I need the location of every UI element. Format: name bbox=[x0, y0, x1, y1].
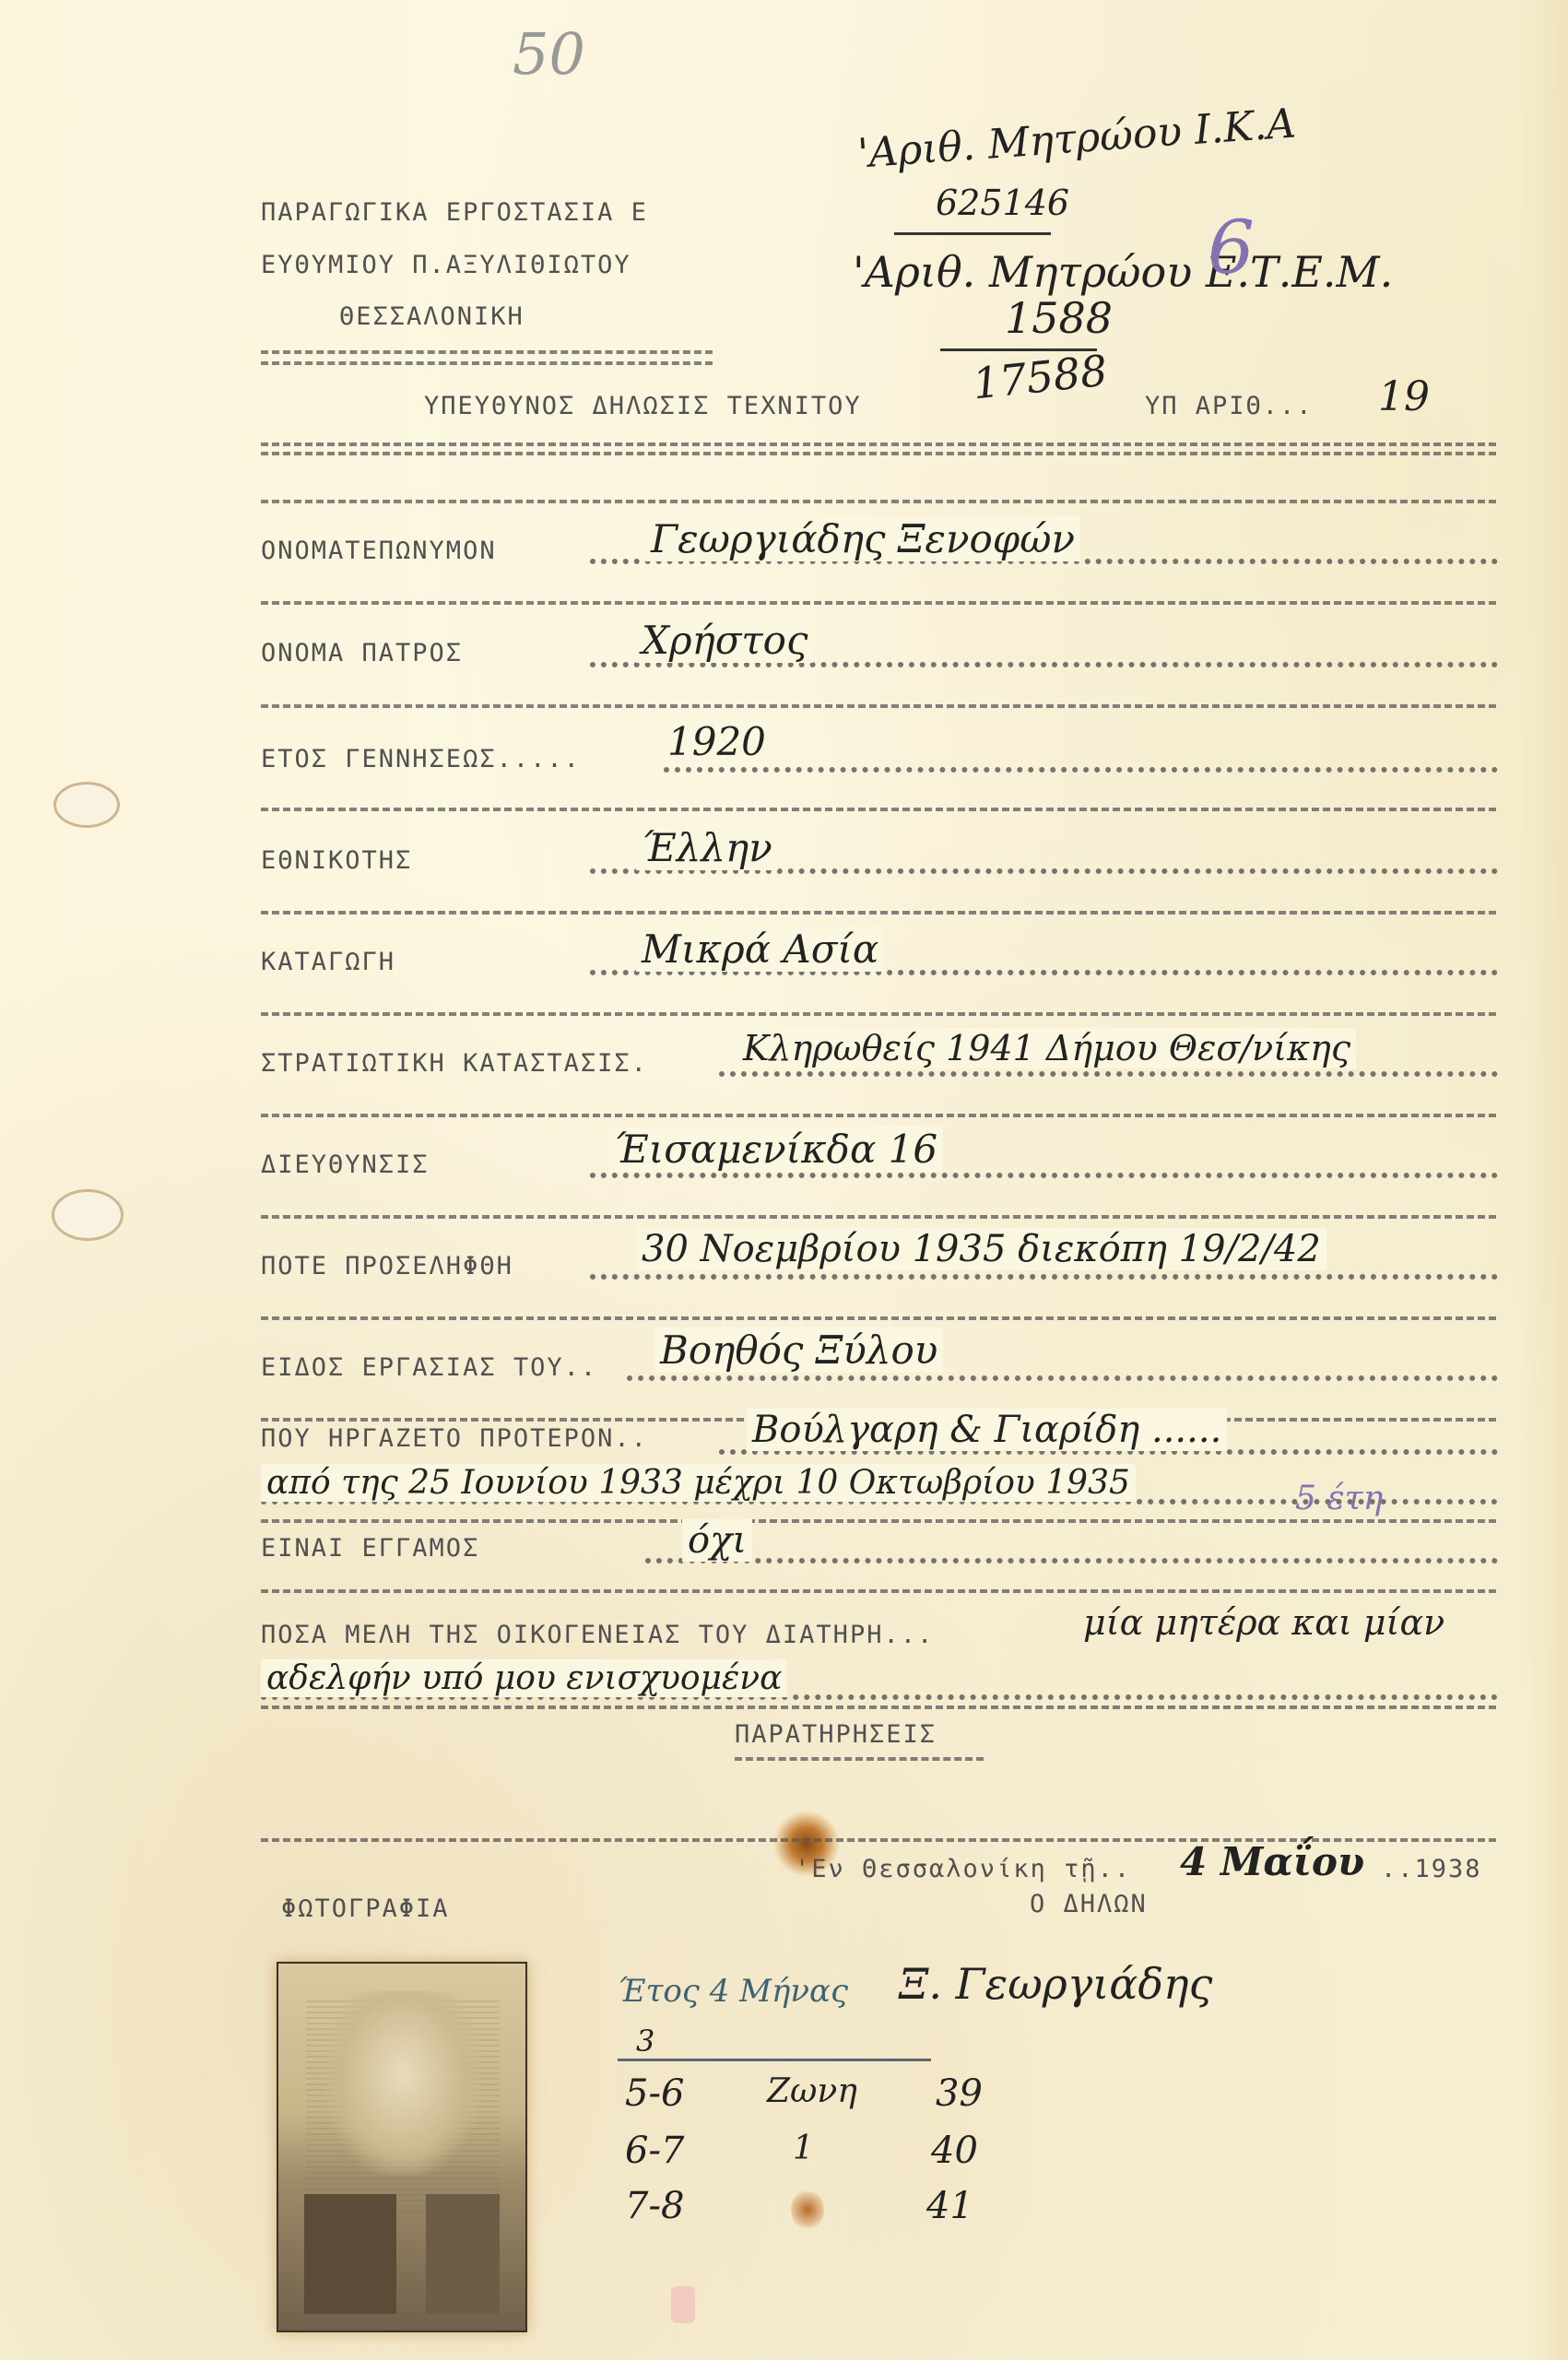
date-value: 4 Μαΐου bbox=[1180, 1839, 1364, 1884]
declarant-label: Ο ΔΗΛΩΝ bbox=[1030, 1890, 1148, 1918]
header-double-rule-1 bbox=[261, 350, 713, 354]
tally-value: 39 bbox=[936, 2072, 983, 2115]
row-rule bbox=[261, 1114, 1496, 1117]
row-rule bbox=[261, 601, 1496, 605]
field-label-nationality: ΕΘΝΙΚΟΤΗΣ bbox=[261, 846, 412, 875]
field-label-job-type: ΕΙΔΟΣ ΕΡΓΑΣΙΑΣ ΤΟΥ.. bbox=[261, 1353, 597, 1382]
signature-note: Έτος 4 Μήνας bbox=[618, 1973, 848, 2010]
ika-label: 'Αριθ. Μητρώου Ι.Κ.Α bbox=[856, 100, 1298, 177]
field-value-address: Έισαμενίκδα 16 bbox=[608, 1127, 943, 1172]
field-value-job-type: Βοηθός Ξύλου bbox=[654, 1327, 943, 1373]
field-value-origin: Μικρά Ασία bbox=[636, 926, 884, 972]
row-rule bbox=[261, 1705, 1496, 1709]
field-value-hire-date: 30 Νοεμβρίου 1935 διεκόπη 19/2/42 bbox=[636, 1228, 1326, 1270]
field-value-family-members: μία μητέρα και μίαν bbox=[1083, 1602, 1444, 1643]
field-label-address: ΔΙΕΥΘΥΝΣΙΣ bbox=[261, 1150, 430, 1179]
row-rule bbox=[261, 911, 1496, 914]
ika-number: 625146 bbox=[936, 183, 1069, 223]
form-title: ΥΠΕΥΘΥΝΟΣ ΔΗΛΩΣΙΣ ΤΕΧΝΙΤΟΥ bbox=[424, 392, 862, 420]
place-prefix: 'Εν Θεσσαλονίκη τῇ.. bbox=[795, 1855, 1131, 1883]
signature: Ξ. Γεωργιάδης bbox=[899, 1959, 1212, 2009]
margin-note-years: 5 έτη bbox=[1295, 1480, 1383, 1517]
field-value-birth-year: 1920 bbox=[662, 719, 772, 764]
field-label-family-members: ΠΟΣΑ ΜΕΛΗ ΤΗΣ ΟΙΚΟΓΕΝΕΙΑΣ ΤΟΥ ΔΙΑΤΗΡΗ... bbox=[261, 1621, 934, 1649]
etem-label: 'Αριθ. Μητρώου Ε.Τ.Ε.Μ. bbox=[853, 247, 1393, 297]
row-rule bbox=[261, 1012, 1496, 1016]
row-rule bbox=[261, 500, 1496, 503]
tally-range: 5-6 bbox=[625, 2072, 684, 2115]
header-double-rule-2 bbox=[261, 361, 713, 365]
field-dots bbox=[590, 1274, 1498, 1280]
page-number: 50 bbox=[513, 20, 585, 88]
punch-hole-bottom bbox=[52, 1189, 124, 1241]
field-label-full-name: ΟΝΟΜΑΤΕΠΩΝΥΜΟΝ bbox=[261, 537, 497, 565]
field-value-married: όχι bbox=[682, 1519, 752, 1562]
field-dots bbox=[590, 1173, 1498, 1178]
field-dots bbox=[627, 1375, 1498, 1381]
field-dots bbox=[719, 1071, 1498, 1077]
field-value-previous-employer: Βούλγαρη & Γιαρίδη ...... bbox=[747, 1409, 1227, 1451]
field-dots bbox=[645, 1558, 1498, 1563]
tally-value: 40 bbox=[931, 2130, 978, 2172]
row-rule bbox=[261, 1215, 1496, 1219]
form-number-value: 19 bbox=[1378, 373, 1430, 420]
remarks-underline bbox=[735, 1757, 984, 1761]
company-line-2: ΕΥΘΥΜΙΟΥ Π.ΑΞΥΛΙΘΙΩΤΟΥ bbox=[261, 251, 631, 279]
field-label-previous-employer: ΠΟΥ ΗΡΓΑΖΕΤΟ ΠΡΟΤΕΡΟΝ.. bbox=[261, 1424, 648, 1453]
tally-note: 1 bbox=[793, 2130, 814, 2167]
date-year: ..1938 bbox=[1381, 1855, 1482, 1883]
tally-underline bbox=[618, 2059, 931, 2061]
field-value-military-status: Κληρωθείς 1941 Δήμου Θεσ/νίκης bbox=[737, 1028, 1356, 1068]
company-city: ΘΕΣΣΑΛΟΝΙΚΗ bbox=[339, 302, 525, 331]
etem-number: 1588 bbox=[1005, 293, 1113, 343]
field-value-nationality: Έλλην bbox=[636, 825, 778, 870]
form-number-label: ΥΠ ΑΡΙΘ... bbox=[1145, 392, 1314, 420]
field-value-full-name: Γεωργιάδης Ξενοφών bbox=[645, 516, 1080, 561]
title-rule-2 bbox=[261, 452, 1496, 455]
field-label-married: ΕΙΝΑΙ ΕΓΓΑΜΟΣ bbox=[261, 1534, 479, 1563]
punch-hole-top bbox=[53, 782, 120, 828]
etem-number-2: 17588 bbox=[971, 345, 1110, 408]
tally-note: Ζωνη bbox=[767, 2072, 857, 2110]
field-label-father-name: ΟΝΟΜΑ ΠΑΤΡΟΣ bbox=[261, 639, 463, 667]
pink-mark bbox=[671, 2286, 695, 2323]
field-dots bbox=[664, 767, 1498, 773]
field-value-family-members-line2: αδελφήν υπό μου ενισχυομένα bbox=[261, 1659, 787, 1697]
row-rule bbox=[261, 1589, 1496, 1593]
field-label-hire-date: ΠΟΤΕ ΠΡΟΣΕΛΗΦΘΗ bbox=[261, 1252, 513, 1280]
field-label-birth-year: ΕΤΟΣ ΓΕΝΝΗΣΕΩΣ..... bbox=[261, 745, 581, 773]
photo-label: ΦΩΤΟΓΡΑΦΙΑ bbox=[281, 1894, 450, 1923]
title-rule-1 bbox=[261, 442, 1496, 446]
row-rule bbox=[261, 704, 1496, 708]
ika-underline bbox=[894, 232, 1051, 235]
tally-range: 6-7 bbox=[625, 2130, 684, 2172]
tally-value: 41 bbox=[926, 2185, 973, 2227]
remarks-heading: ΠΑΡΑΤΗΡΗΣΕΙΣ bbox=[735, 1720, 937, 1749]
rust-stain bbox=[791, 2189, 824, 2230]
etem-mark: 6 bbox=[1208, 205, 1255, 290]
tally-range: 7-8 bbox=[625, 2185, 684, 2227]
tally-top: 3 bbox=[636, 2024, 654, 2059]
field-value-previous-employer-line2: από της 25 Ιουνίου 1933 μέχρι 10 Οκτωβρί… bbox=[261, 1464, 1136, 1502]
employee-photo bbox=[277, 1962, 527, 2332]
row-rule bbox=[261, 1316, 1496, 1320]
field-label-military-status: ΣΤΡΑΤΙΩΤΙΚΗ ΚΑΤΑΣΤΑΣΙΣ. bbox=[261, 1049, 648, 1078]
row-rule bbox=[261, 1519, 1496, 1523]
row-rule bbox=[261, 808, 1496, 811]
field-value-father-name: Χρήστος bbox=[636, 618, 813, 663]
field-label-origin: ΚΑΤΑΓΩΓΗ bbox=[261, 948, 395, 976]
company-line-1: ΠΑΡΑΓΩΓΙΚΑ ΕΡΓΟΣΤΑΣΙΑ Ε bbox=[261, 198, 648, 227]
